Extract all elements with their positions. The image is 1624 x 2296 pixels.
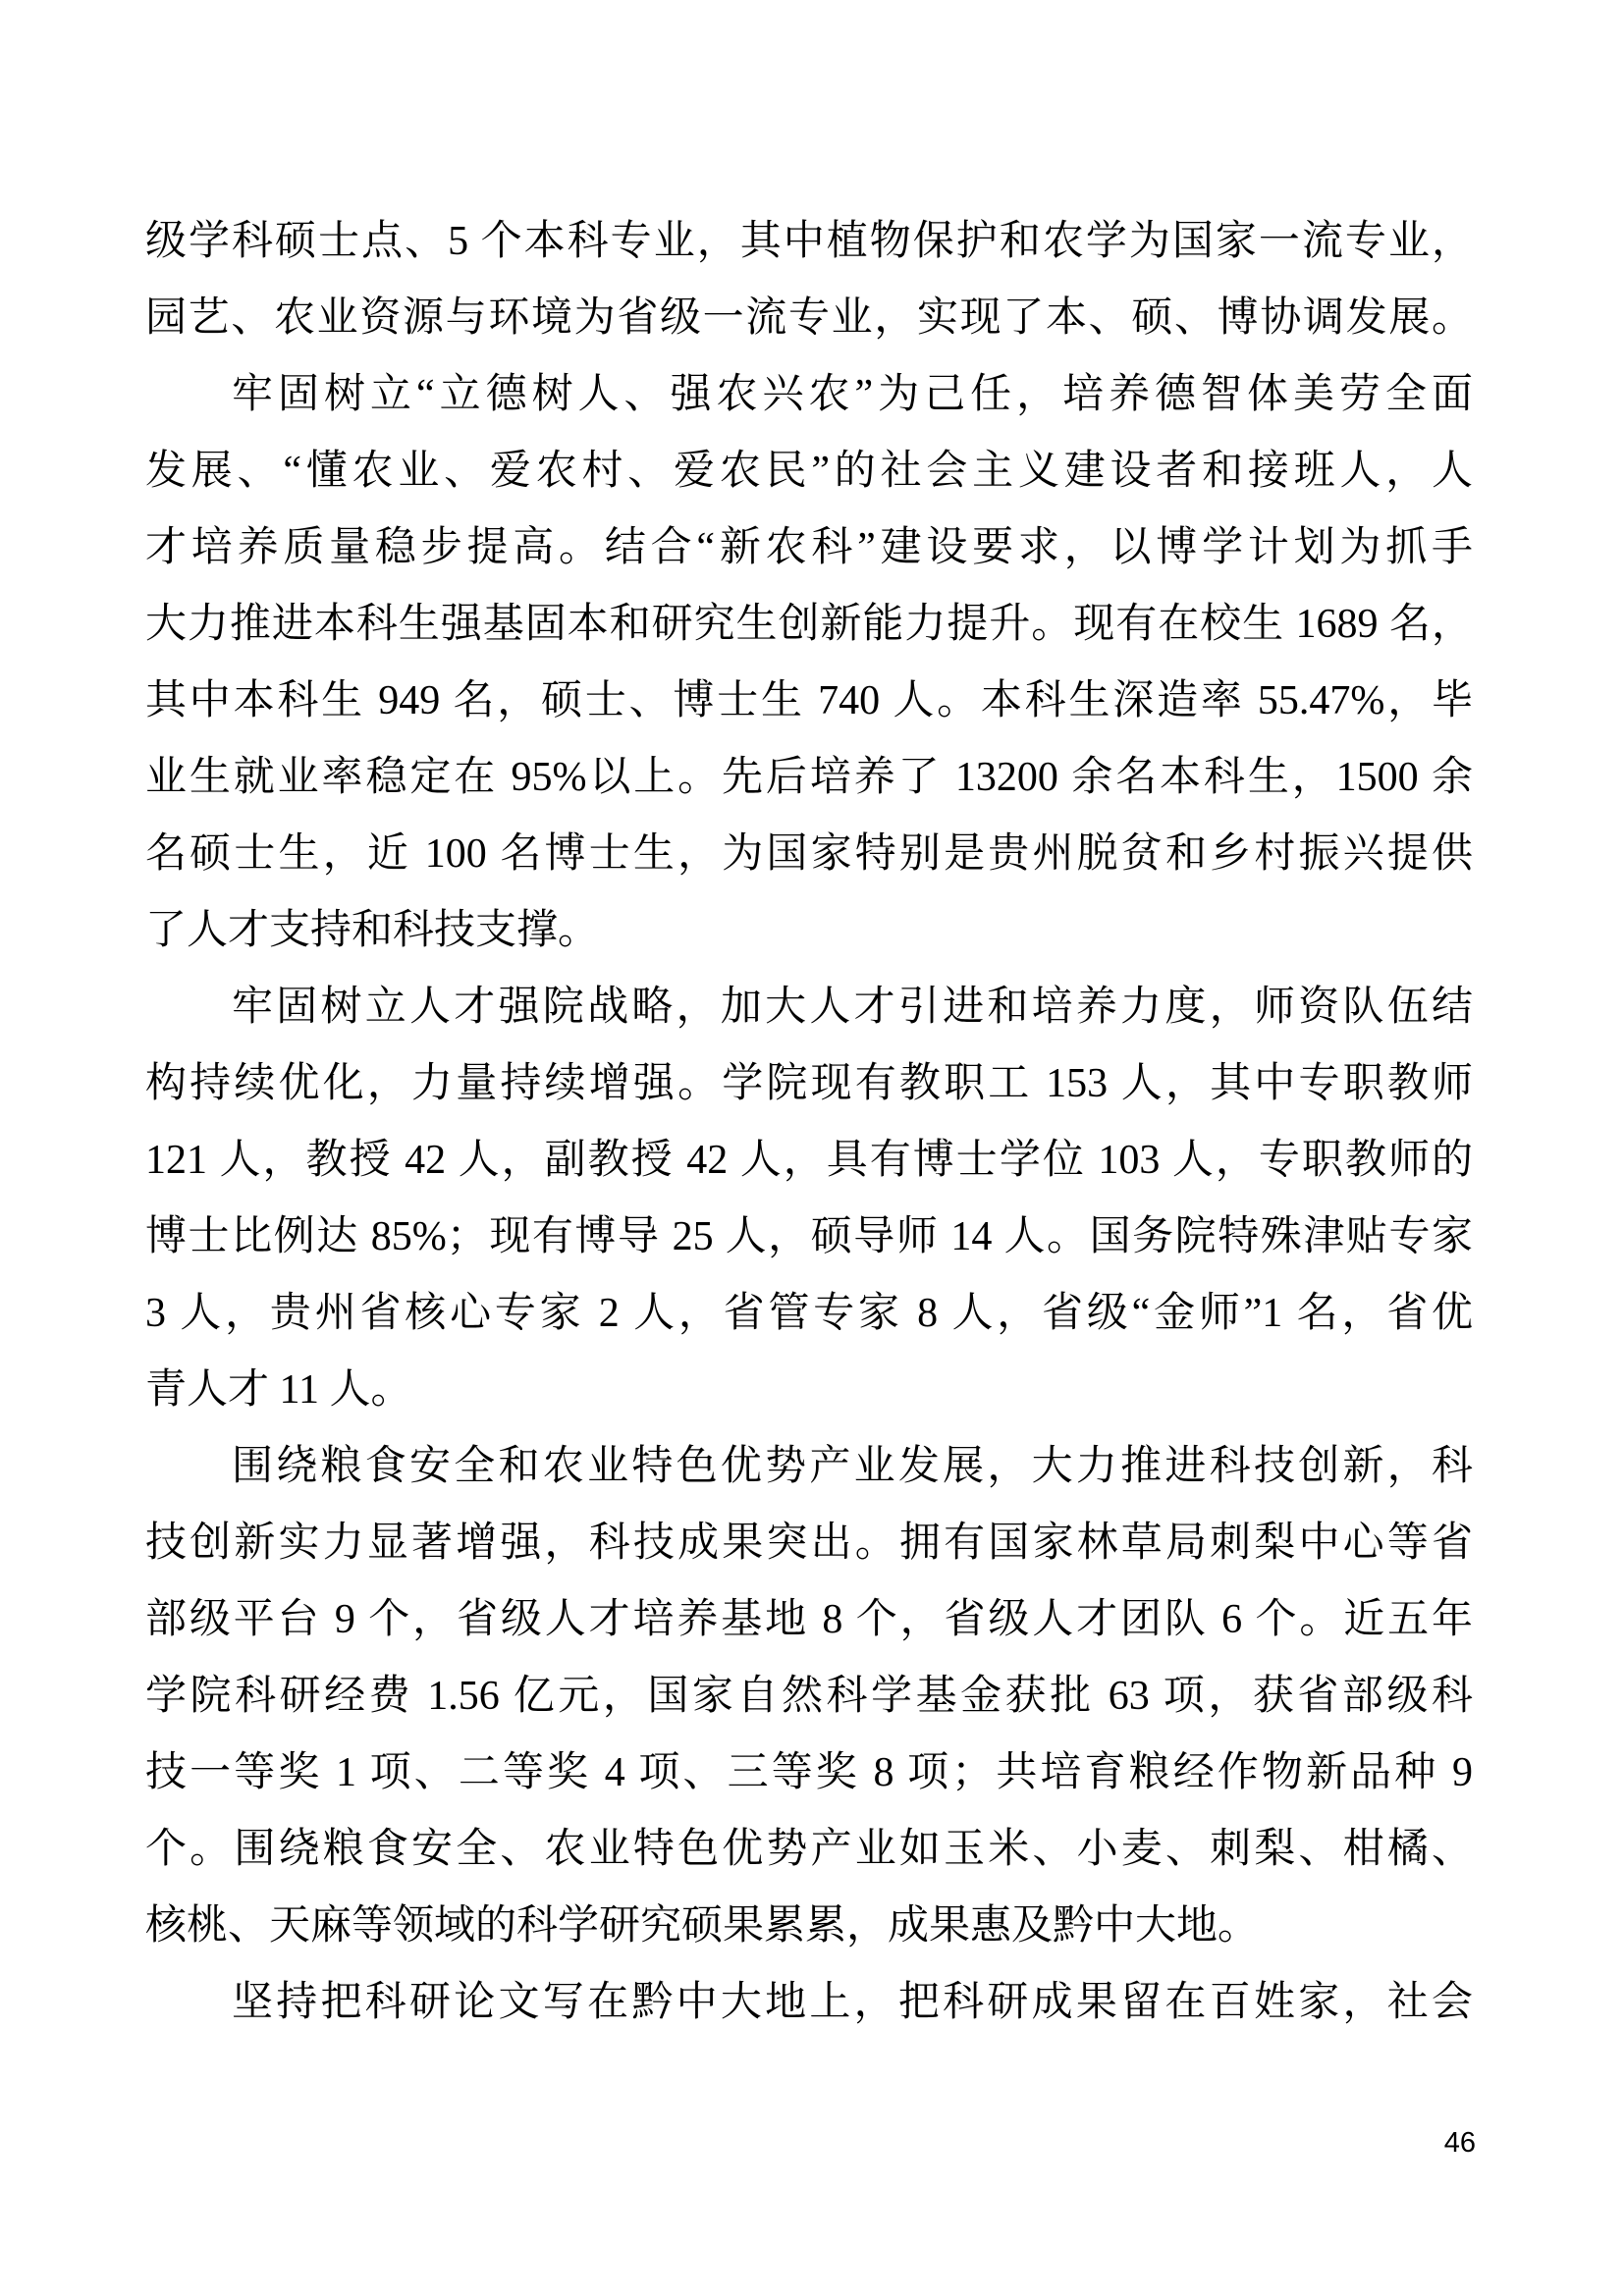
text-line: 青人才 11 人。 [145,1352,1473,1428]
text-line: 牢固树立“立德树人、强农兴农”为己任，培养德智体美劳全面 [145,356,1473,433]
text-line: 其中本科生 949 名，硕士、博士生 740 人。本科生深造率 55.47%，毕 [145,663,1473,739]
text-line: 构持续优化，力量持续增强。学院现有教职工 153 人，其中专职教师 [145,1045,1473,1122]
text-line: 技创新实力显著增强，科技成果突出。拥有国家林草局刺梨中心等省 [145,1505,1473,1581]
document-page: 级学科硕士点、5 个本科专业，其中植物保护和农学为国家一流专业，园艺、农业资源与… [0,0,1624,2296]
paragraph: 级学科硕士点、5 个本科专业，其中植物保护和农学为国家一流专业，园艺、农业资源与… [145,203,1473,356]
text-line: 博士比例达 85%；现有博导 25 人，硕导师 14 人。国务院特殊津贴专家 [145,1199,1473,1275]
text-line: 园艺、农业资源与环境为省级一流专业，实现了本、硕、博协调发展。 [145,280,1473,356]
text-line: 业生就业率稳定在 95%以上。先后培养了 13200 余名本科生，1500 余 [145,739,1473,816]
paragraph: 牢固树立“立德树人、强农兴农”为己任，培养德智体美劳全面发展、“懂农业、爱农村、… [145,356,1473,969]
text-line: 名硕士生，近 100 名博士生，为国家特别是贵州脱贫和乡村振兴提供 [145,816,1473,892]
page-number: 46 [1444,2126,1476,2160]
text-line: 部级平台 9 个，省级人才培养基地 8 个，省级人才团队 6 个。近五年 [145,1581,1473,1658]
paragraph: 牢固树立人才强院战略，加大人才引进和培养力度，师资队伍结构持续优化，力量持续增强… [145,969,1473,1428]
text-line: 了人才支持和科技支撑。 [145,892,1473,969]
text-line: 个。围绕粮食安全、农业特色优势产业如玉米、小麦、刺梨、柑橘、 [145,1811,1473,1888]
text-line: 核桃、天麻等领域的科学研究硕果累累，成果惠及黔中大地。 [145,1888,1473,1964]
text-line: 技一等奖 1 项、二等奖 4 项、三等奖 8 项；共培育粮经作物新品种 9 [145,1735,1473,1811]
text-line: 坚持把科研论文写在黔中大地上，把科研成果留在百姓家，社会 [145,1964,1473,2041]
text-line: 级学科硕士点、5 个本科专业，其中植物保护和农学为国家一流专业， [145,203,1473,280]
text-line: 牢固树立人才强院战略，加大人才引进和培养力度，师资队伍结 [145,969,1473,1045]
text-line: 大力推进本科生强基固本和研究生创新能力提升。现有在校生 1689 名， [145,586,1473,663]
document-body: 级学科硕士点、5 个本科专业，其中植物保护和农学为国家一流专业，园艺、农业资源与… [145,203,1473,2041]
paragraph: 坚持把科研论文写在黔中大地上，把科研成果留在百姓家，社会 [145,1964,1473,2041]
text-line: 121 人，教授 42 人，副教授 42 人，具有博士学位 103 人，专职教师… [145,1122,1473,1199]
text-line: 学院科研经费 1.56 亿元，国家自然科学基金获批 63 项，获省部级科 [145,1658,1473,1735]
paragraph: 围绕粮食安全和农业特色优势产业发展，大力推进科技创新，科技创新实力显著增强，科技… [145,1428,1473,1964]
text-line: 3 人，贵州省核心专家 2 人，省管专家 8 人，省级“金师”1 名，省优 [145,1275,1473,1352]
text-line: 围绕粮食安全和农业特色优势产业发展，大力推进科技创新，科 [145,1428,1473,1505]
text-line: 发展、“懂农业、爱农村、爱农民”的社会主义建设者和接班人，人 [145,433,1473,509]
text-line: 才培养质量稳步提高。结合“新农科”建设要求，以博学计划为抓手 [145,509,1473,586]
